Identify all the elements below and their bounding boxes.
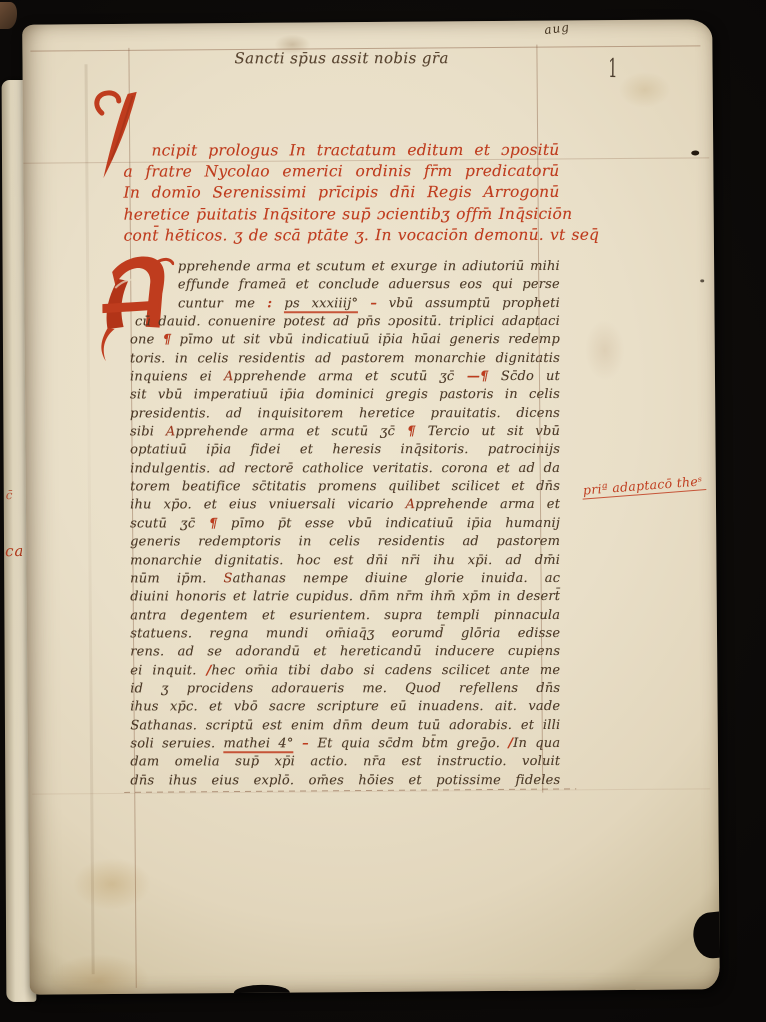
body-line: statuens. regna mundi om̄iaq̄ʒ eorumd̄ g…	[130, 625, 560, 644]
body-line: Sathanas. scriptū est enim dn̄m deum tuū…	[130, 717, 560, 736]
body-line: diuini honoris et latrie cupidus. dn̄m n…	[130, 588, 560, 607]
running-title: Sancti sp̄us assit nobis gr̄a	[234, 49, 464, 67]
body-line: presidentis. ad inquisitorem heretice pr…	[130, 405, 560, 424]
body-line: scutū ʒc̄ ¶ pīmo p̄t esse vbū indicatiuū…	[130, 515, 560, 534]
body-line: optatiuū ip̄ia fidei et heresis inq̄sito…	[130, 441, 560, 460]
body-line: one ¶ pīmo ut sit vbū indicatiuū ip̄ia h…	[130, 331, 560, 350]
body-line: effunde frameā et conclude aduersus eos …	[130, 276, 560, 295]
ink-blob	[700, 279, 704, 282]
gutter-crease	[85, 64, 95, 974]
stain	[73, 858, 151, 911]
stain	[585, 320, 625, 380]
rubric-line: ncipit prologus In tractatum editum et ɔ…	[123, 140, 559, 162]
body-line: ei inquit. /hec om̄ia tibi dabo si caden…	[130, 662, 560, 681]
body-line: nūm ip̄m. Sathanas nempe diuine glorie i…	[130, 570, 560, 589]
edge-text-fragment: cam̄	[5, 542, 22, 560]
edge-text-fragment: c̄	[6, 488, 18, 502]
body-line: pprehende arma et scutum et exurge in ad…	[130, 258, 560, 277]
body-line: sibi Apprehende arma et scutū ʒc̄ ¶ Terc…	[130, 423, 560, 442]
body-line: ihu xp̄o. et eius vniuersali vicario App…	[130, 496, 560, 515]
body-line: monarchie dignitatis. hoc est dn̄i nr̄i …	[130, 552, 560, 571]
rubric-line: cont̄ hēticos. ʒ de scā ptāte ʒ. In voca…	[124, 225, 560, 247]
body-line: cuntur me : ps xxxiiij° – vbū assumptū p…	[130, 295, 560, 314]
body-line: dam omelia sup̄ xp̄i actio. nr̄a est ins…	[130, 753, 560, 772]
body-line: sit vbū imperatiuū ip̄ia dominici gregis…	[130, 386, 560, 405]
body-line: toris. in celis residentis ad pastorem m…	[130, 350, 560, 369]
body-line: soli seruies. mathei 4° – Et quia sc̄dm …	[130, 735, 560, 754]
body-line: indulgentis. ad rectorē catholice verita…	[130, 460, 560, 479]
body-line: rens. ad se adorandū et hereticandū indu…	[130, 643, 560, 662]
manuscript-page: Sancti sp̄us assit nobis gr̄a aug 1 ncip…	[22, 19, 720, 994]
rubric-line: In domīo Serenissimi prīcipis dn̄i Regis…	[124, 182, 560, 204]
corner-mark: aug	[543, 20, 570, 37]
stain	[619, 72, 671, 108]
margin-note: priª adaptacō theˢ	[581, 473, 706, 500]
body-line: cū dauid. conuenire potest ad pn̄s ɔposi…	[130, 313, 560, 332]
stain	[50, 954, 150, 995]
body-text-lines: pprehende arma et scutum et exurge in ad…	[130, 258, 560, 790]
body-line: dn̄s ihus eius explō. om̄es hōies et pot…	[130, 772, 560, 791]
body-line: antra degentem et esurientem. supra temp…	[130, 607, 560, 626]
ink-blob	[691, 150, 699, 155]
rubric-line: a fratre Nycolao emerici ordinis fr̄m pr…	[123, 161, 559, 183]
folio-number: 1	[608, 54, 617, 84]
body-line: id ʒ procidens adoraueris me. Quod refel…	[130, 680, 560, 699]
body-line: inquiens ei Apprehende arma et scutū ʒc̄…	[130, 368, 560, 387]
rubric-lines: ncipit prologus In tractatum editum et ɔ…	[123, 140, 559, 247]
torn-corner	[691, 911, 720, 960]
body-line: torem beatifice sc̄titatis promens quili…	[130, 478, 560, 497]
body-line: generis redemptoris in celis residentis …	[130, 533, 560, 552]
body-line: ihus xp̄c. et vbō sacre scripture eū inu…	[130, 698, 560, 717]
rubric-line: heretice p̄uitatis Inq̄sitore sup̄ ɔcien…	[124, 203, 560, 225]
